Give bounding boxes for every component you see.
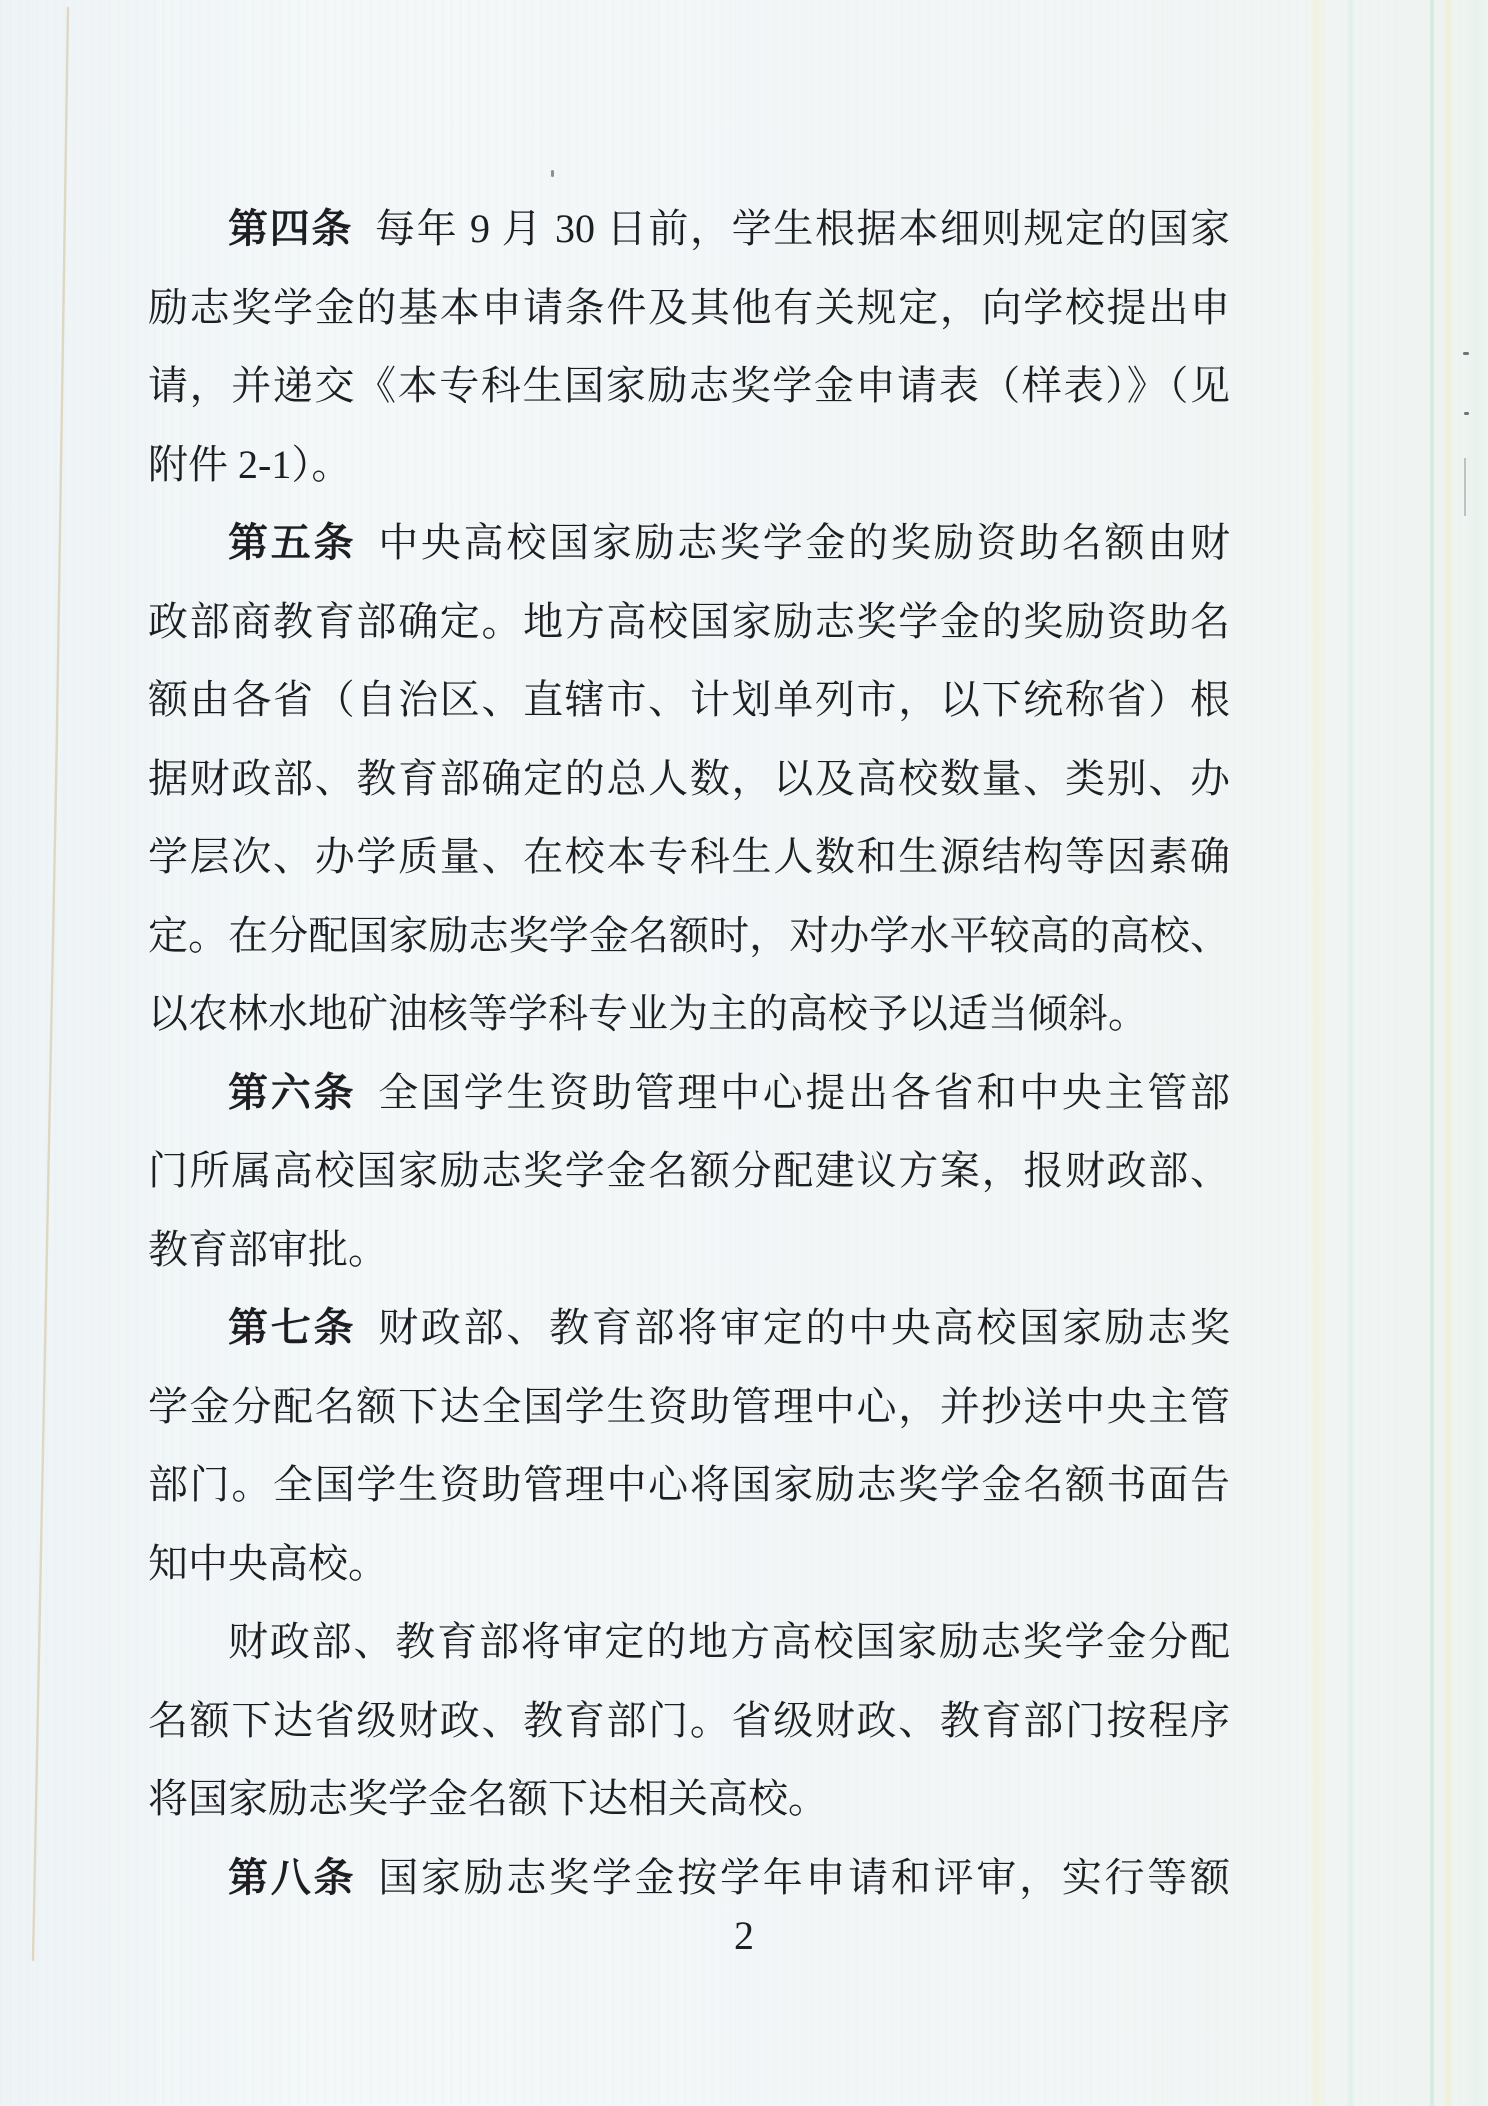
article-number: 第五条: [228, 520, 356, 565]
text-line: 学金分配名额下达全国学生资助管理中心，并抄送中央主管: [148, 1368, 1230, 1447]
text-line: 请，并递交《本专科生国家励志奖学金申请表（样表）》（见: [148, 347, 1230, 426]
page-number: 2: [0, 1912, 1488, 1960]
paper-streak: [1346, 0, 1355, 2106]
line-text: 请，并递交《本专科生国家励志奖学金申请表（样表）》（见: [148, 363, 1230, 408]
article-number: 第四条: [228, 206, 353, 251]
line-text: 学金分配名额下达全国学生资助管理中心，并抄送中央主管: [148, 1384, 1230, 1429]
line-text: 财政部、教育部将审定的中央高校国家励志奖: [378, 1305, 1230, 1350]
paper-streak: [1429, 0, 1435, 2106]
line-text: 门所属高校国家励志奖学金名额分配建议方案，报财政部、: [148, 1148, 1230, 1193]
line-text: 教育部审批。: [148, 1227, 388, 1272]
text-line: 定。在分配国家励志奖学金名额时，对办学水平较高的高校、: [148, 897, 1230, 976]
article-number: 第八条: [228, 1855, 356, 1900]
line-text: 以农林水地矿油核等学科专业为主的高校予以适当倾斜。: [148, 991, 1148, 1036]
line-text: 名额下达省级财政、教育部门。省级财政、教育部门按程序: [148, 1698, 1230, 1743]
article-number: 第六条: [228, 1070, 356, 1115]
line-text: 财政部、教育部将审定的地方高校国家励志奖学金分配: [228, 1619, 1230, 1664]
paper-streak: [1466, 0, 1486, 2106]
paper-streak: [1308, 0, 1326, 2106]
line-text: 附件 2-1）。: [148, 442, 351, 487]
text-line: 门所属高校国家励志奖学金名额分配建议方案，报财政部、: [148, 1132, 1230, 1211]
text-line: 第四条每年 9 月 30 日前，学生根据本细则规定的国家: [148, 190, 1230, 269]
line-text: 将国家励志奖学金名额下达相关高校。: [148, 1776, 828, 1821]
text-line: 据财政部、教育部确定的总人数，以及高校数量、类别、办: [148, 740, 1230, 819]
ink-speck: [1463, 352, 1469, 355]
text-line: 以农林水地矿油核等学科专业为主的高校予以适当倾斜。: [148, 975, 1230, 1054]
line-text: 每年 9 月 30 日前，学生根据本细则规定的国家: [375, 206, 1230, 251]
text-line: 部门。全国学生资助管理中心将国家励志奖学金名额书面告: [148, 1446, 1230, 1525]
text-line: 励志奖学金的基本申请条件及其他有关规定，向学校提出申: [148, 269, 1230, 348]
line-text: 额由各省（自治区、直辖市、计划单列市，以下统称省）根: [148, 677, 1230, 722]
ink-speck: [1464, 412, 1469, 415]
line-text: 励志奖学金的基本申请条件及其他有关规定，向学校提出申: [148, 285, 1230, 330]
text-block: 第四条每年 9 月 30 日前，学生根据本细则规定的国家励志奖学金的基本申请条件…: [148, 190, 1230, 1917]
text-line: 知中央高校。: [148, 1525, 1230, 1604]
line-text: 知中央高校。: [148, 1541, 388, 1586]
text-line: 教育部审批。: [148, 1211, 1230, 1290]
text-line: 名额下达省级财政、教育部门。省级财政、教育部门按程序: [148, 1682, 1230, 1761]
line-text: 学层次、办学质量、在校本专科生人数和生源结构等因素确: [148, 834, 1230, 879]
text-line: 第八条国家励志奖学金按学年申请和评审，实行等额: [148, 1839, 1230, 1918]
line-text: 中央高校国家励志奖学金的奖励资助名额由财: [378, 520, 1230, 565]
ink-speck: [551, 170, 554, 177]
paper-streak: [1443, 0, 1453, 2106]
line-text: 据财政部、教育部确定的总人数，以及高校数量、类别、办: [148, 756, 1230, 801]
line-text: 定。在分配国家励志奖学金名额时，对办学水平较高的高校、: [148, 913, 1230, 958]
scan-artifact: [1464, 458, 1466, 516]
article-number: 第七条: [228, 1305, 356, 1350]
text-line: 政部商教育部确定。地方高校国家励志奖学金的奖励资助名: [148, 583, 1230, 662]
text-line: 将国家励志奖学金名额下达相关高校。: [148, 1760, 1230, 1839]
text-line: 额由各省（自治区、直辖市、计划单列市，以下统称省）根: [148, 661, 1230, 740]
line-text: 国家励志奖学金按学年申请和评审，实行等额: [378, 1855, 1230, 1900]
line-text: 部门。全国学生资助管理中心将国家励志奖学金名额书面告: [148, 1462, 1230, 1507]
text-line: 学层次、办学质量、在校本专科生人数和生源结构等因素确: [148, 818, 1230, 897]
scanned-document-page: 第四条每年 9 月 30 日前，学生根据本细则规定的国家励志奖学金的基本申请条件…: [0, 0, 1488, 2106]
text-line: 第五条中央高校国家励志奖学金的奖励资助名额由财: [148, 504, 1230, 583]
text-line: 财政部、教育部将审定的地方高校国家励志奖学金分配: [148, 1603, 1230, 1682]
line-text: 全国学生资助管理中心提出各省和中央主管部: [378, 1070, 1230, 1115]
text-line: 附件 2-1）。: [148, 426, 1230, 505]
text-line: 第七条财政部、教育部将审定的中央高校国家励志奖: [148, 1289, 1230, 1368]
line-text: 政部商教育部确定。地方高校国家励志奖学金的奖励资助名: [148, 599, 1230, 644]
text-line: 第六条全国学生资助管理中心提出各省和中央主管部: [148, 1054, 1230, 1133]
